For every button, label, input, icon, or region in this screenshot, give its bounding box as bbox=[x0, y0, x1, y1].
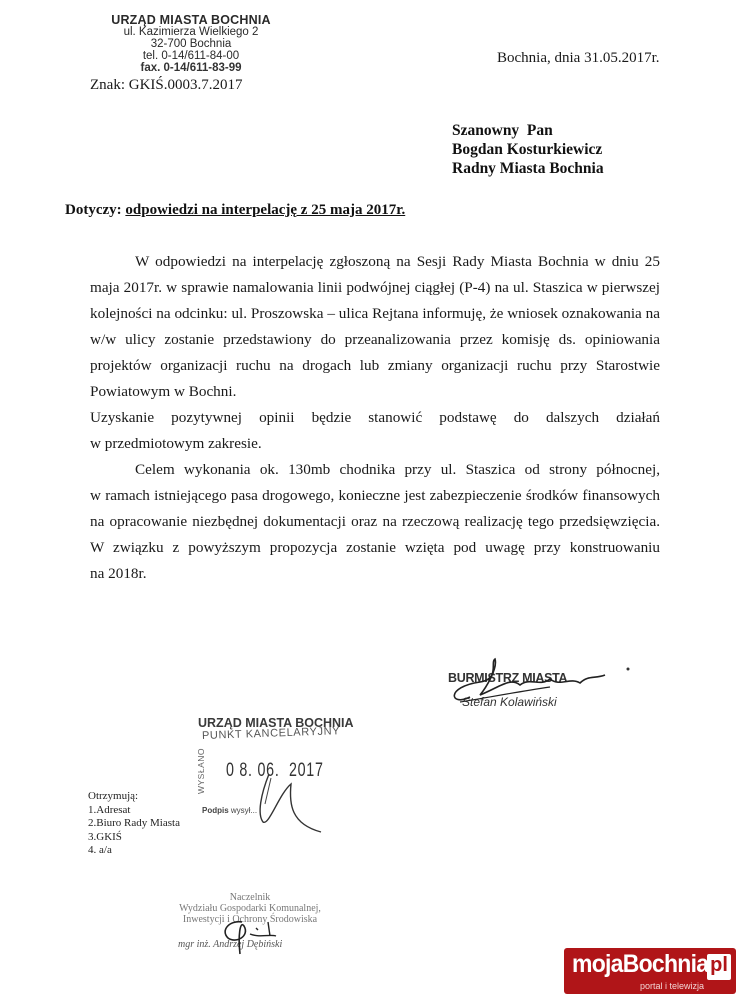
logo-tagline: portal i telewizja bbox=[640, 981, 704, 991]
distribution-list: Otrzymują: 1.Adresat 2.Biuro Rady Miasta… bbox=[88, 790, 180, 858]
letterhead-postal: 32-700 Bochnia bbox=[96, 38, 286, 50]
department-position: Naczelnik bbox=[150, 892, 350, 903]
department-signature-icon bbox=[210, 916, 290, 956]
distribution-item: 4. a/a bbox=[88, 844, 180, 858]
recipient-name: Bogdan Kosturkiewicz bbox=[452, 140, 604, 159]
body-line: w ramach istniejącego pasa drogowego, ko… bbox=[90, 483, 660, 509]
subject-label: Dotyczy: bbox=[65, 202, 122, 218]
body-line: Uzyskanie pozytywnej opinii będzie stano… bbox=[90, 405, 660, 431]
logo-tld: pl bbox=[707, 954, 731, 980]
stamp-signature-icon bbox=[251, 764, 331, 834]
body-line: W związku z powyższym propozycja zostani… bbox=[90, 535, 660, 561]
distribution-heading: Otrzymują: bbox=[88, 790, 180, 804]
subject-line: Dotyczy: odpowiedzi na interpelację z 25… bbox=[65, 202, 405, 219]
letterhead-street: ul. Kazimierza Wielkiego 2 bbox=[96, 26, 286, 38]
body-paragraph-3: Celem wykonania ok. 130mb chodnika przy … bbox=[90, 457, 660, 587]
department-stamp: Naczelnik Wydziału Gospodarki Komunalnej… bbox=[150, 892, 350, 950]
distribution-item: 2.Biuro Rady Miasta bbox=[88, 817, 180, 831]
office-stamp: URZĄD MIASTA BOCHNIA PUNKT KANCELARYJNY … bbox=[196, 714, 376, 834]
body-line: projektów organizacji ruchu na drogach l… bbox=[90, 353, 660, 379]
letterhead-organization: URZĄD MIASTA BOCHNIA bbox=[96, 14, 286, 26]
department-line1: Wydziału Gospodarki Komunalnej, bbox=[150, 903, 350, 914]
body-line: w przedmiotowym zakresie. bbox=[90, 431, 660, 457]
letterhead-stamp: URZĄD MIASTA BOCHNIA ul. Kazimierza Wiel… bbox=[96, 14, 286, 74]
body-paragraph-1: W odpowiedzi na interpelację zgłoszoną n… bbox=[90, 249, 660, 405]
recipient-block: Szanowny Pan Bogdan Kosturkiewicz Radny … bbox=[452, 121, 604, 178]
body-line: na opracowanie niezbędnej dokumentacji o… bbox=[90, 509, 660, 535]
letterhead-tel: tel. 0-14/611-84-00 bbox=[96, 50, 286, 62]
body-line: maja 2017r. w sprawie namalowania linii … bbox=[90, 275, 660, 301]
reference-number: Znak: GKIŚ.0003.7.2017 bbox=[90, 77, 243, 94]
mojabochnia-logo: mojaBochnia pl portal i telewizja bbox=[564, 948, 736, 994]
body-line: w/w ulicy zostanie przedstawiony do prze… bbox=[90, 327, 660, 353]
recipient-salutation: Szanowny Pan bbox=[452, 121, 604, 140]
handwritten-signature-icon bbox=[440, 657, 640, 717]
distribution-item: 3.GKIŚ bbox=[88, 831, 180, 845]
subject-text: odpowiedzi na interpelację z 25 maja 201… bbox=[125, 202, 405, 218]
body-line: W odpowiedzi na interpelację zgłoszoną n… bbox=[90, 249, 660, 275]
date-line: Bochnia, dnia 31.05.2017r. bbox=[497, 50, 659, 67]
office-stamp-side-label: WYSŁANO bbox=[196, 748, 206, 794]
body-line: Celem wykonania ok. 130mb chodnika przy … bbox=[90, 457, 660, 483]
distribution-item: 1.Adresat bbox=[88, 804, 180, 818]
mayor-signature-block: BURMISTRZ MIASTA Stefan Kolawiński bbox=[448, 663, 648, 723]
body-line: kolejności na odcinku: ul. Proszowska – … bbox=[90, 301, 660, 327]
letterhead-fax: fax. 0-14/611-83-99 bbox=[96, 62, 286, 74]
body-line: na 2018r. bbox=[90, 561, 660, 587]
office-stamp-signature-label: Podpis wysył... bbox=[202, 806, 257, 815]
logo-brand: mojaBochnia bbox=[572, 950, 708, 979]
recipient-role: Radny Miasta Bochnia bbox=[452, 159, 604, 178]
body-paragraph-2: Uzyskanie pozytywnej opinii będzie stano… bbox=[90, 405, 660, 457]
body-line: Powiatowym w Bochni. bbox=[90, 379, 660, 405]
